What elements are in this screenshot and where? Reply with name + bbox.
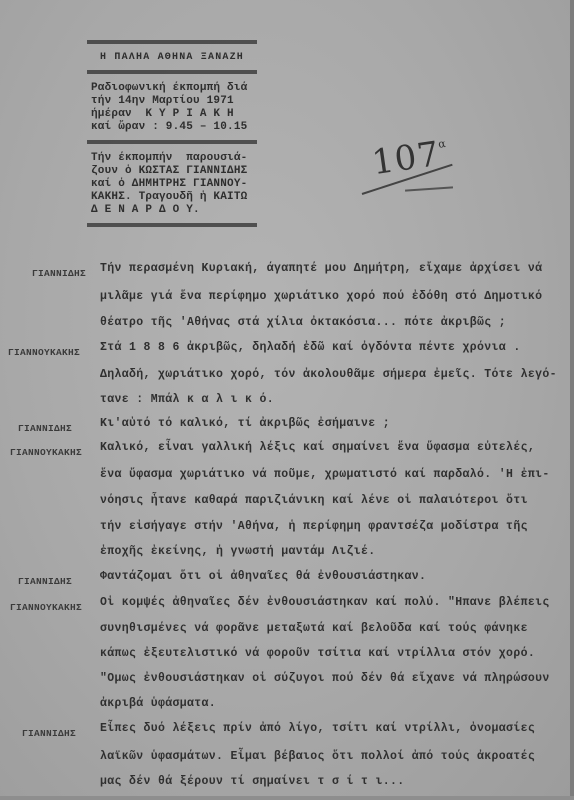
speaker-name: ΓΙΑΝΝΟΥΚΑΚΗΣ bbox=[10, 602, 82, 613]
dialogue-line: Οἱ κομψές ἀθηναῖες δέν ἐνθουσιάστηκαν κα… bbox=[100, 596, 550, 609]
program-title: Η ΠΑΛΗΑ ΑΘΗΝΑ ΞΑΝΑΖΗ bbox=[87, 43, 257, 70]
dialogue-line: νόησις ἦτανε καθαρά παριζιάνικη καί λένε… bbox=[100, 494, 528, 507]
speaker-name: ΓΙΑΝΝΟΥΚΑΚΗΣ bbox=[10, 447, 82, 458]
broadcast-info: Ραδιοφωνική έκπομπή διά τήν 14ην Μαρτίου… bbox=[87, 74, 257, 140]
dialogue-line: Εἶπες δυό λέξεις πρίν ἀπό λίγο, τσίτι κα… bbox=[100, 722, 535, 735]
dialogue-line: "Ομως ἐνθουσιάστηκαν οἱ σύζυγοι πού δέν … bbox=[100, 672, 550, 685]
header-rule-middle-2 bbox=[87, 140, 257, 144]
speaker-name: ΓΙΑΝΝΙΔΗΣ bbox=[22, 728, 76, 739]
dialogue-line: Τήν περασμένη Κυριακή, άγαπητέ μου Δημήτ… bbox=[100, 262, 542, 275]
dialogue-line: λαϊκῶν ὑφασμάτων. Εἶμαι βέβαιος ὅτι πολλ… bbox=[100, 750, 535, 763]
dialogue-line: τανε : Μπάλ κ α λ ι κ ό. bbox=[100, 393, 274, 406]
page-edge-shadow bbox=[570, 0, 574, 800]
presenters-info: Τήν έκπομπήν παρουσιά- ζουν ὁ ΚΩΣΤΑΣ ΓΙΑ… bbox=[87, 144, 257, 223]
handwritten-page-number: 107α bbox=[370, 133, 451, 183]
page-edge-shadow-bottom bbox=[0, 796, 574, 800]
header-rule-bottom bbox=[87, 223, 257, 227]
speaker-name: ΓΙΑΝΝΙΔΗΣ bbox=[32, 268, 86, 279]
dialogue-line: Κι'αὐτό τό καλικό, τί ἀκριβῶς ἐσήμαινε ; bbox=[100, 417, 390, 430]
dialogue-line: ἀκριβά ὑφάσματα. bbox=[100, 697, 216, 710]
handwritten-underline-short bbox=[405, 186, 453, 191]
dialogue-line: Φαντάζομαι ὅτι οἱ ἀθηναῖες θά ἐνθουσιάστ… bbox=[100, 570, 426, 583]
dialogue-line: θέατρο τῆς 'Αθήνας στά χίλια ὀκτακόσια..… bbox=[100, 316, 506, 329]
page-number-value: 107 bbox=[370, 134, 443, 183]
dialogue-line: τήν εἰσήγαγε στήν 'Αθήνα, ἡ περίφημη φρα… bbox=[100, 520, 528, 533]
speaker-name: ΓΙΑΝΝΟΥΚΑΚΗΣ bbox=[8, 347, 80, 358]
dialogue-line: κάπως ἐξευτελιστικό νά φοροῦν τσίτια καί… bbox=[100, 647, 535, 660]
dialogue-line: Στά 1 8 8 6 ἀκριβῶς, δηλαδή ἐδῶ καί ὀγδό… bbox=[100, 341, 521, 354]
dialogue-line: μας δέν θά ξέρουν τί σημαίνει τ σ ί τ ι.… bbox=[100, 775, 405, 788]
dialogue-line: μιλᾶμε γιά ἕνα περίφημο χωριάτικο χορό π… bbox=[100, 290, 542, 303]
program-header-box: Η ΠΑΛΗΑ ΑΘΗΝΑ ΞΑΝΑΖΗ Ραδιοφωνική έκπομπή… bbox=[87, 40, 257, 227]
page-number-suffix: α bbox=[437, 137, 447, 151]
speaker-name: ΓΙΑΝΝΙΔΗΣ bbox=[18, 423, 72, 434]
typewritten-script-page: Η ΠΑΛΗΑ ΑΘΗΝΑ ΞΑΝΑΖΗ Ραδιοφωνική έκπομπή… bbox=[0, 0, 574, 800]
header-rule-middle bbox=[87, 70, 257, 74]
dialogue-line: Καλικό, εἶναι γαλλική λέξις καί σημαίνει… bbox=[100, 441, 535, 454]
dialogue-line: Δηλαδή, χωριάτικο χορό, τόν ἀκολουθᾶμε σ… bbox=[100, 368, 557, 381]
dialogue-line: ἕνα ὕφασμα χωριάτικο νά ποῦμε, χρωματιστ… bbox=[100, 468, 550, 481]
speaker-name: ΓΙΑΝΝΙΔΗΣ bbox=[18, 576, 72, 587]
dialogue-line: συνηθισμένες νά φορᾶνε μεταξωτά καί βελο… bbox=[100, 622, 528, 635]
dialogue-line: ἐποχῆς ἐκείνης, ἡ γνωστή μαντάμ Λιζιέ. bbox=[100, 545, 376, 558]
